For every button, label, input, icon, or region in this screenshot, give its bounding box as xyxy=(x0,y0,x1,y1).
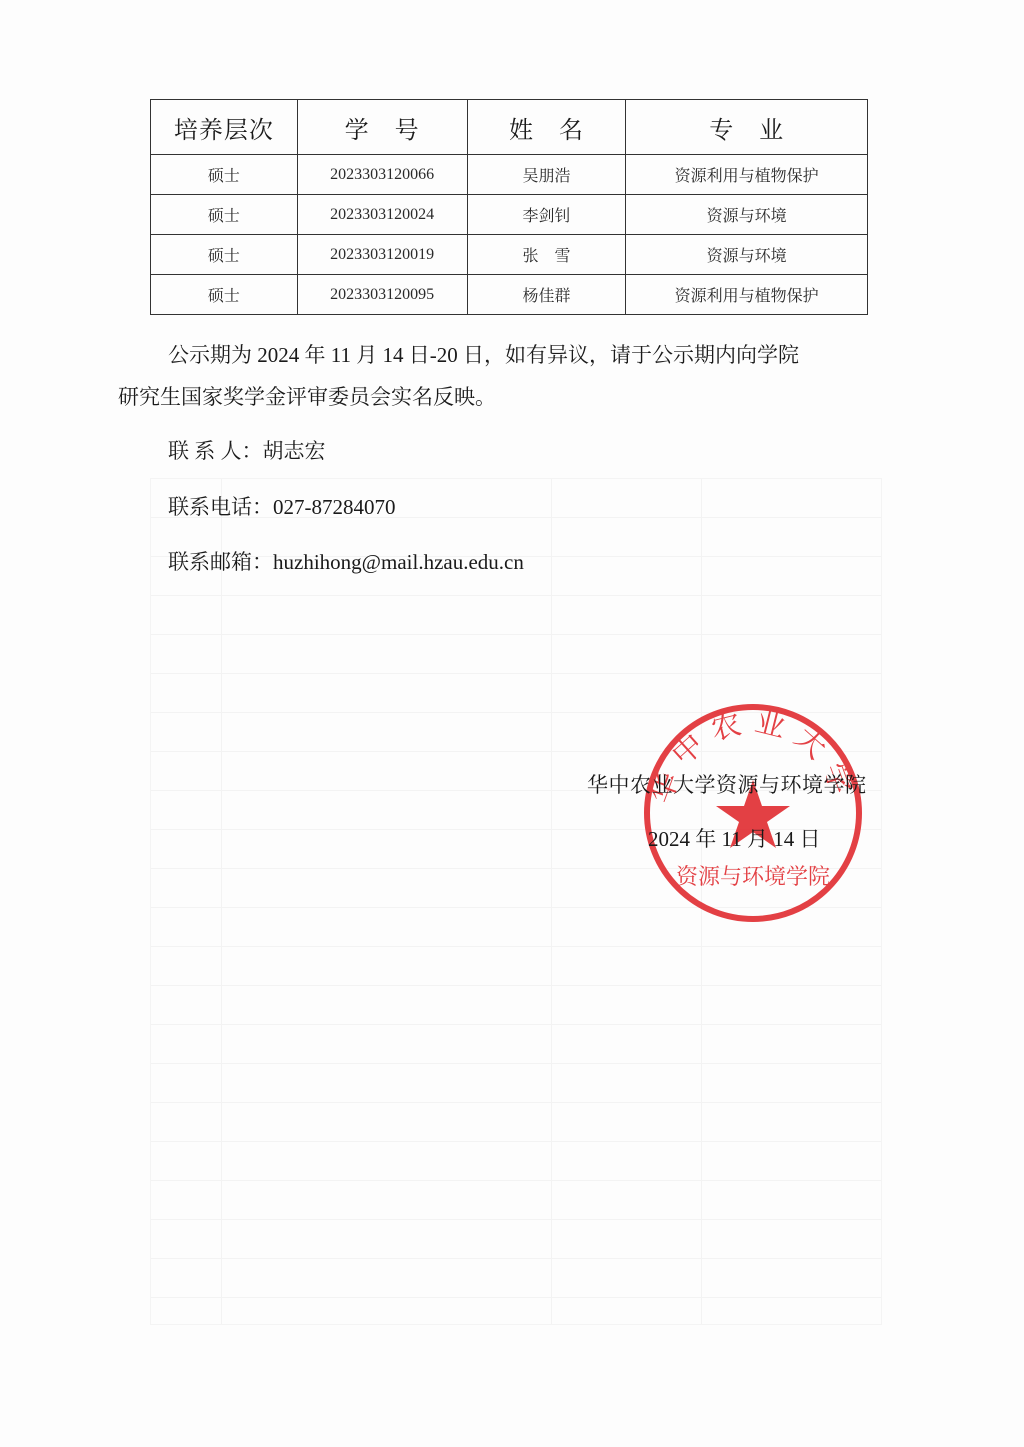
contact-phone: 联系电话：027-87284070 xyxy=(168,491,396,521)
contact-person: 联 系 人：胡志宏 xyxy=(168,435,326,465)
contact-phone-number: 027-87284070 xyxy=(273,495,396,519)
stamp-bottom-text: 资源与环境学院 xyxy=(676,864,830,889)
cell-major: 资源与环境 xyxy=(626,235,868,275)
cell-student-id: 2023303120066 xyxy=(297,155,467,195)
signature-date: 2024 年 11 月 14 日 xyxy=(648,823,820,853)
cell-major: 资源与环境 xyxy=(626,195,868,235)
cell-name: 李剑钊 xyxy=(467,195,626,235)
cell-level: 硕士 xyxy=(151,235,298,275)
cell-major: 资源利用与植物保护 xyxy=(626,275,868,315)
notice-line-1: 公示期为 2024 年 11 月 14 日-20 日，如有异议，请于公示期内向学… xyxy=(118,334,918,376)
header-level: 培养层次 xyxy=(151,100,298,155)
table-header-row: 培养层次 学 号 姓 名 专 业 xyxy=(151,100,868,155)
official-seal-stamp-icon: 华中农业大学 资源与环境学院 xyxy=(642,702,864,924)
cell-name: 杨佳群 xyxy=(467,275,626,315)
cell-level: 硕士 xyxy=(151,195,298,235)
cell-name: 张 雪 xyxy=(467,235,626,275)
header-major: 专 业 xyxy=(626,100,868,155)
table-row: 硕士 2023303120019 张 雪 资源与环境 xyxy=(151,235,868,275)
cell-name: 吴朋浩 xyxy=(467,155,626,195)
contact-email-label: 联系邮箱： xyxy=(168,550,273,574)
cell-student-id: 2023303120095 xyxy=(297,275,467,315)
notice-paragraph: 公示期为 2024 年 11 月 14 日-20 日，如有异议，请于公示期内向学… xyxy=(118,334,918,418)
scholarship-recipients-table: 培养层次 学 号 姓 名 专 业 硕士 2023303120066 吴朋浩 资源… xyxy=(150,99,868,315)
cell-level: 硕士 xyxy=(151,155,298,195)
table-row: 硕士 2023303120095 杨佳群 资源利用与植物保护 xyxy=(151,275,868,315)
table-row: 硕士 2023303120024 李剑钊 资源与环境 xyxy=(151,195,868,235)
header-student-id: 学 号 xyxy=(297,100,467,155)
cell-level: 硕士 xyxy=(151,275,298,315)
cell-student-id: 2023303120019 xyxy=(297,235,467,275)
document-page: 培养层次 学 号 姓 名 专 业 硕士 2023303120066 吴朋浩 资源… xyxy=(0,0,1024,1447)
cell-major: 资源利用与植物保护 xyxy=(626,155,868,195)
header-name: 姓 名 xyxy=(467,100,626,155)
cell-student-id: 2023303120024 xyxy=(297,195,467,235)
contact-email-address: huzhihong@mail.hzau.edu.cn xyxy=(273,550,524,574)
contact-phone-label: 联系电话： xyxy=(168,495,273,519)
signature-organization: 华中农业大学资源与环境学院 xyxy=(587,769,867,799)
table-row: 硕士 2023303120066 吴朋浩 资源利用与植物保护 xyxy=(151,155,868,195)
notice-line-2: 研究生国家奖学金评审委员会实名反映。 xyxy=(118,376,918,418)
contact-person-label: 联 系 人： xyxy=(168,439,263,463)
contact-email: 联系邮箱：huzhihong@mail.hzau.edu.cn xyxy=(168,546,524,576)
contact-person-name: 胡志宏 xyxy=(263,439,326,463)
